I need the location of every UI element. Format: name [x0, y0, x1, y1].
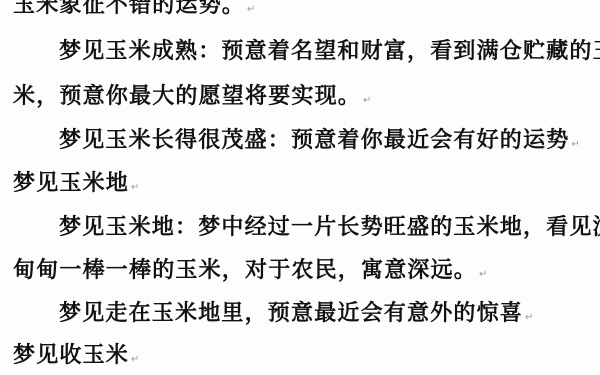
paragraph-mark-icon: ↵	[571, 139, 581, 150]
paragraph-mark-icon: ↵	[363, 95, 373, 106]
line-text: 梦见玉米地：梦中经过一片长势旺盛的玉米地，看见沉	[59, 215, 600, 240]
line-text: 梦见玉米成熟：预意着名望和财富，看到满仓贮藏的玉	[59, 39, 600, 64]
paragraph-mark-icon: ↵	[131, 354, 141, 365]
body-text-line: 梦见走在玉米地里，预意最近会有意外的惊喜↵	[59, 300, 535, 332]
body-text-line: 梦见玉米长得很茂盛：预意着你最近会有好的运势↵	[59, 127, 581, 159]
paragraph-mark-icon: ↵	[247, 4, 257, 15]
body-text-line: 米，预意你最大的愿望将要实现。↵	[13, 83, 373, 115]
body-text-line: 玉米象征不错的运势。↵	[13, 0, 257, 24]
section-heading: 梦见玉米地↵	[13, 170, 141, 202]
body-text-line: 甸甸一棒一棒的玉米，对于农民，寓意深远。↵	[13, 257, 489, 289]
line-text: 甸甸一棒一棒的玉米，对于农民，寓意深远。	[13, 258, 477, 283]
body-text-line: 梦见玉米地：梦中经过一片长势旺盛的玉米地，看见沉	[59, 214, 600, 242]
line-text: 玉米象征不错的运势。	[13, 0, 245, 18]
paragraph-mark-icon: ↵	[479, 269, 489, 280]
line-text: 梦见走在玉米地里，预意最近会有意外的惊喜	[59, 301, 523, 326]
line-text: 米，预意你最大的愿望将要实现。	[13, 84, 361, 109]
paragraph-mark-icon: ↵	[525, 312, 535, 323]
body-text-line: 梦见玉米成熟：预意着名望和财富，看到满仓贮藏的玉	[59, 38, 600, 66]
document-page: 玉米象征不错的运势。↵ 梦见玉米成熟：预意着名望和财富，看到满仓贮藏的玉 米，预…	[0, 0, 600, 375]
section-heading: 梦见收玉米↵	[13, 342, 141, 374]
line-text: 梦见玉米地	[13, 171, 129, 196]
line-text: 梦见收玉米	[13, 343, 129, 368]
paragraph-mark-icon: ↵	[131, 182, 141, 193]
line-text: 梦见玉米长得很茂盛：预意着你最近会有好的运势	[59, 128, 569, 153]
